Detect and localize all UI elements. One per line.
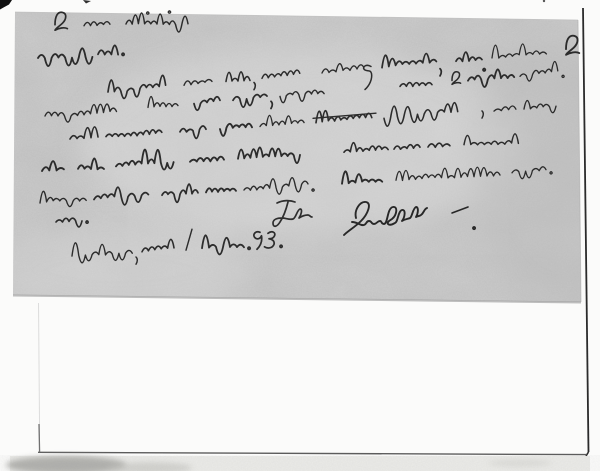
paper-texture xyxy=(0,0,600,320)
scanner-edge-band xyxy=(6,456,590,471)
letter-paper xyxy=(0,0,600,320)
mount-left-border-dark xyxy=(39,424,40,452)
manuscript-scan-page: 2 den [illegible] geliebter Frd. Machen … xyxy=(0,0,600,471)
scan-canvas xyxy=(0,0,600,471)
